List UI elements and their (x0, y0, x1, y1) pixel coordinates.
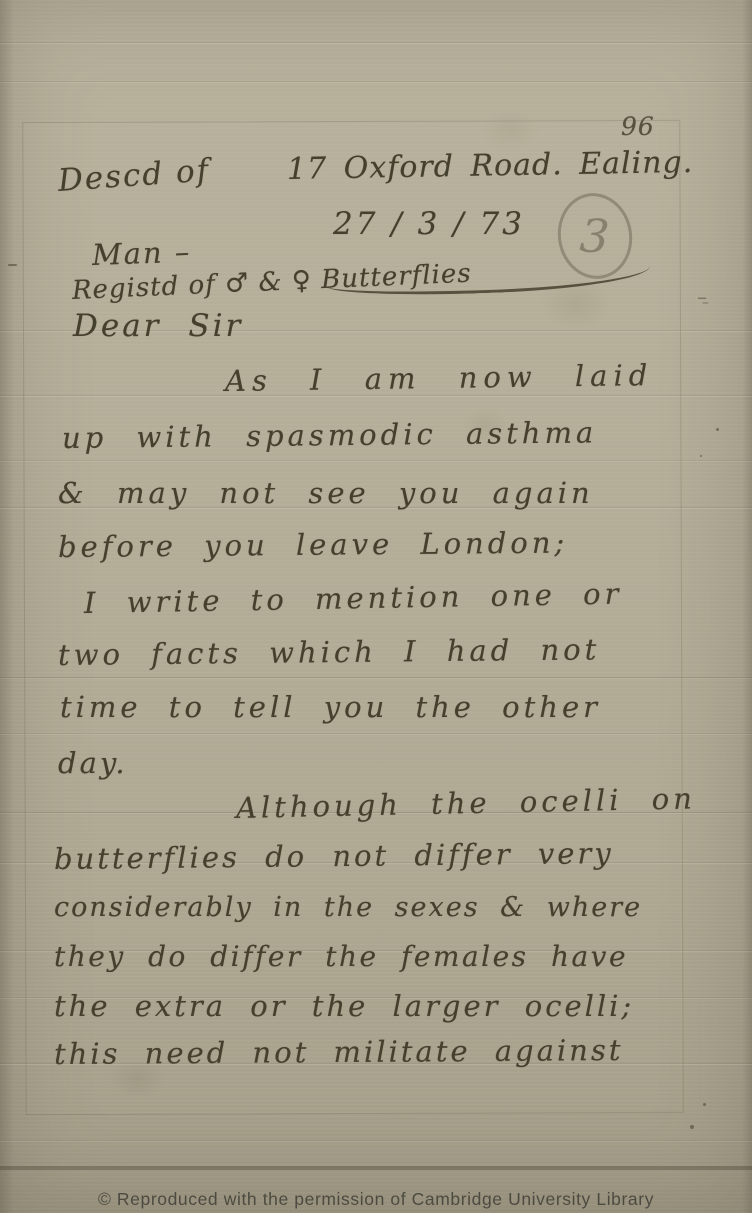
address-line: 17 Oxford Road. Ealing. (287, 145, 694, 187)
crease-line (0, 677, 752, 678)
annotation-line-2: Man – (91, 235, 192, 272)
crease-line (0, 1166, 752, 1170)
crease-line (0, 81, 752, 82)
body-line-6: time to tell you the other (60, 690, 601, 724)
body-line-11: they do differ the females have (54, 940, 628, 973)
ink-speck (690, 1125, 694, 1129)
body-line-1: up with spasmodic asthma (62, 415, 598, 455)
body-line-2: & may not see you again (58, 476, 594, 510)
body-line-10: considerably in the sexes & where (54, 892, 642, 923)
body-line-7: day. (58, 746, 128, 780)
ink-speck (703, 1103, 706, 1106)
body-line-9: butterflies do not differ very (54, 836, 614, 876)
salutation-line: Dear Sir (73, 308, 243, 344)
pencil-dash-mark: – (702, 295, 709, 311)
body-line-5: two facts which I had not (58, 632, 601, 672)
ink-speck (716, 428, 719, 431)
body-line-0: As I am now laid (225, 358, 654, 398)
ink-speck (8, 264, 17, 266)
ink-speck (700, 455, 702, 457)
date-line: 27 / 3 / 73 (333, 206, 525, 242)
photo-edge-shading (742, 0, 752, 1213)
photo-edge-shading (0, 0, 14, 1213)
crease-line (0, 460, 752, 461)
crease-line (0, 42, 752, 43)
folio-number: 96 (621, 112, 655, 141)
body-line-12: the extra or the larger ocelli; (54, 989, 634, 1023)
crease-line (0, 1140, 752, 1141)
body-line-3: before you leave London; (58, 526, 569, 564)
pencil-number: 3 (579, 208, 612, 264)
copyright-caption: © Reproduced with the permission of Camb… (98, 1189, 654, 1210)
manuscript-photo: 96 Descd of Man – Registd of ♂ & ♀ Butte… (0, 0, 752, 1213)
body-line-13: this need not militate against (54, 1033, 624, 1071)
crease-line (0, 733, 752, 734)
